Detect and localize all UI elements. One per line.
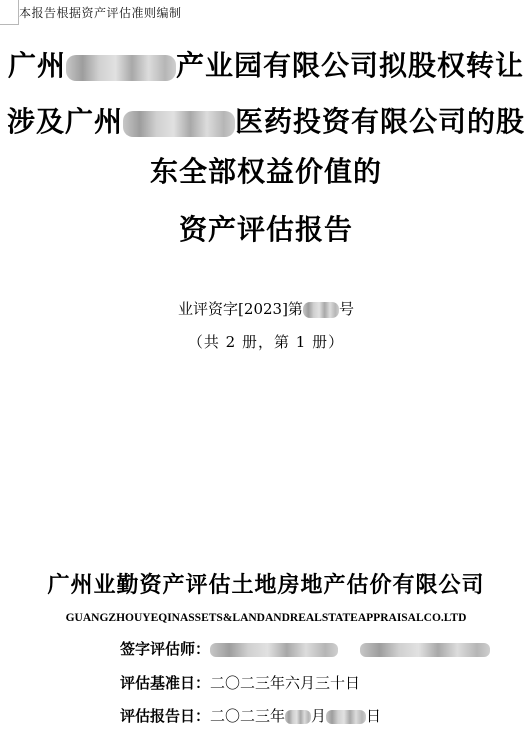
report-code-prefix: 业评资字[2023]第 — [178, 300, 303, 318]
title-line-2: 涉及广州医药投资有限公司的股 — [0, 106, 532, 138]
redacted-company-name — [66, 55, 176, 81]
company-name-cn: 广州业勤资产评估土地房地产估价有限公司 — [0, 571, 532, 599]
title-line-1: 广州产业园有限公司拟股权转让 — [0, 50, 532, 82]
base-date-value: 二〇二三年六月三十日 — [210, 674, 360, 692]
title-line-2-prefix: 涉及广州 — [7, 105, 123, 138]
report-date-year: 二〇二三年 — [210, 707, 285, 725]
page-corner-mark — [0, 0, 19, 25]
volume-note: （共 2 册，第 1 册） — [0, 332, 532, 352]
title-line-1-prefix: 广州 — [8, 49, 66, 82]
report-code: 业评资字[2023]第号 — [0, 299, 532, 319]
company-name-en: GUANGZHOUYEQINASSETS&LANDANDREALSTATEAPP… — [0, 610, 532, 626]
base-date-label: 评估基准日： — [120, 674, 210, 692]
report-date-row: 评估报告日：二〇二三年月日 — [120, 706, 381, 726]
title-line-2-suffix: 医药投资有限公司的股 — [235, 105, 525, 138]
redacted-company-name — [123, 111, 235, 137]
report-date-month: 月 — [311, 707, 326, 725]
report-code-suffix: 号 — [339, 300, 354, 318]
report-date-day: 日 — [366, 707, 381, 725]
redacted-report-day — [326, 710, 366, 724]
signer-label: 签字评估师： — [120, 640, 210, 658]
redacted-report-month — [285, 710, 311, 724]
redacted-signer-2 — [360, 643, 490, 657]
title-line-1-suffix: 产业园有限公司拟股权转让 — [176, 49, 524, 82]
base-date-row: 评估基准日：二〇二三年六月三十日 — [120, 673, 360, 693]
title-line-4: 资产评估报告 — [0, 214, 532, 246]
redacted-report-number — [303, 302, 339, 318]
signer-row: 签字评估师： — [120, 639, 490, 659]
header-note: 本报告根据资产评估准则编制 — [19, 6, 182, 20]
report-date-label: 评估报告日： — [120, 707, 210, 725]
redacted-signer-1 — [210, 643, 338, 657]
title-line-3: 东全部权益价值的 — [0, 156, 532, 188]
